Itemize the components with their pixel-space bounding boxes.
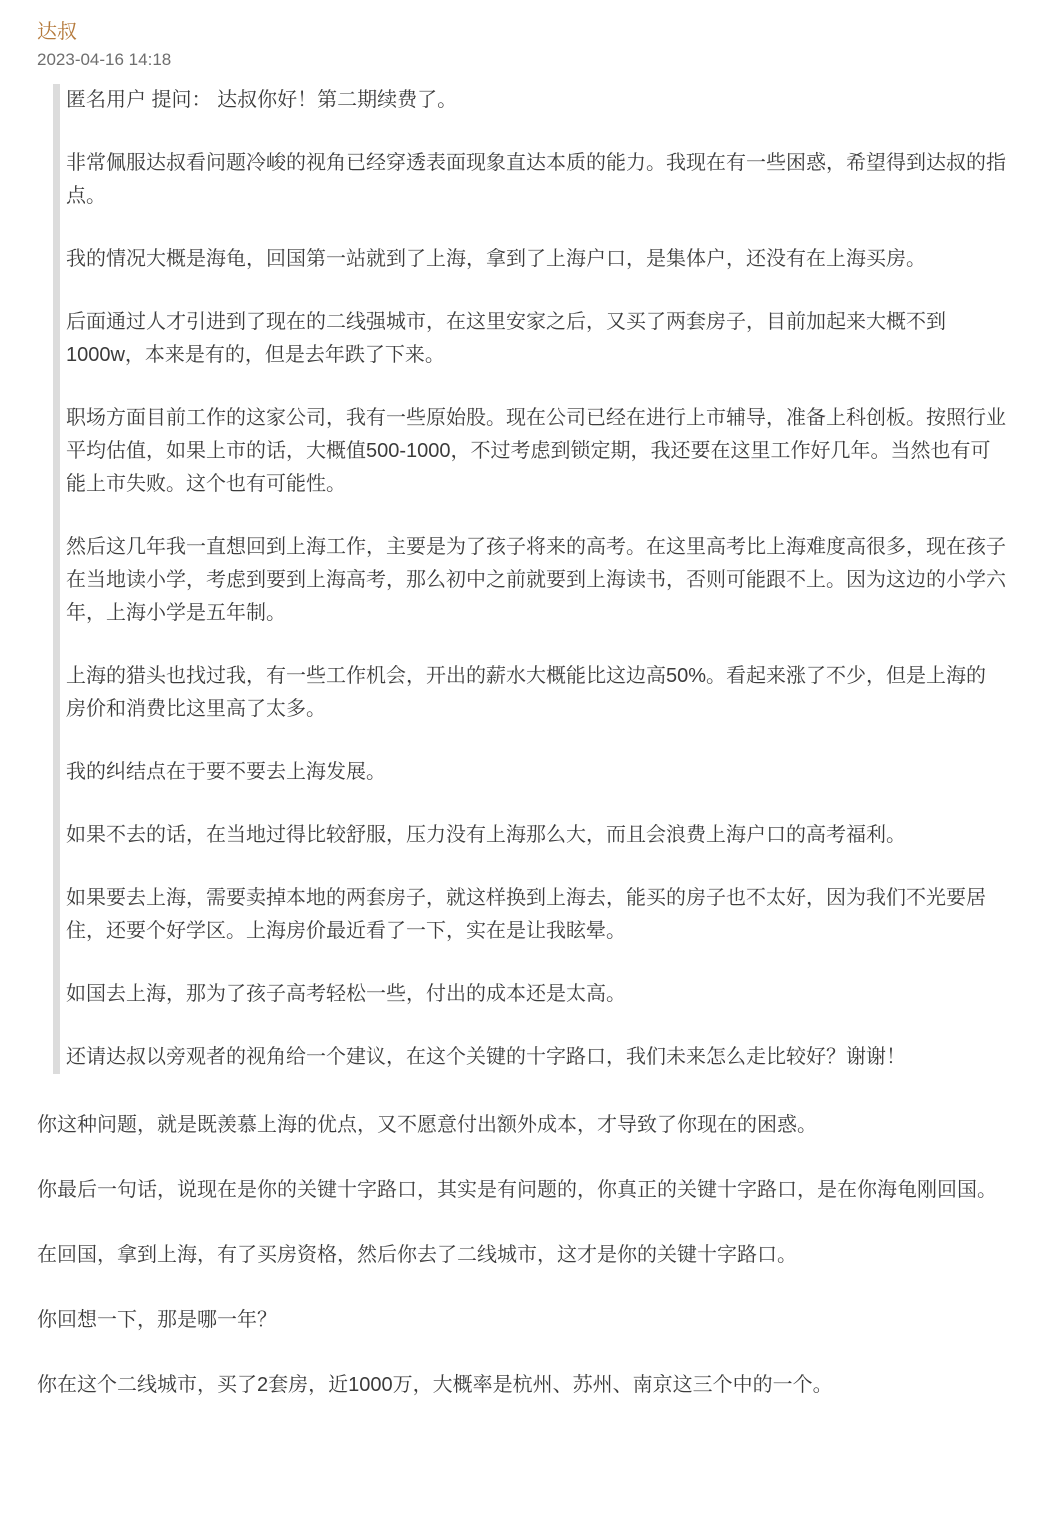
- answer-body: 你这种问题，就是既羡慕上海的优点，又不愿意付出额外成本，才导致了你现在的困惑。 …: [37, 1109, 1006, 1402]
- author-name[interactable]: 达叔: [37, 20, 77, 44]
- post-header: 达叔 2023-04-16 14:18: [37, 20, 1006, 71]
- post-page: 达叔 2023-04-16 14:18 匿名用户 提问： 达叔你好！第二期续费了…: [0, 0, 1040, 1535]
- question-paragraph: 上海的猎头也找过我，有一些工作机会，开出的薪水大概能比这边高50%。看起来涨了不…: [66, 660, 1006, 726]
- answer-paragraph: 你这种问题，就是既羡慕上海的优点，又不愿意付出额外成本，才导致了你现在的困惑。: [37, 1109, 1006, 1142]
- answer-paragraph: 你最后一句话，说现在是你的关键十字路口，其实是有问题的，你真正的关键十字路口，是…: [37, 1174, 1006, 1207]
- question-paragraph: 职场方面目前工作的这家公司，我有一些原始股。现在公司已经在进行上市辅导，准备上科…: [66, 402, 1006, 501]
- question-paragraph: 如果要去上海，需要卖掉本地的两套房子，就这样换到上海去，能买的房子也不太好，因为…: [66, 882, 1006, 948]
- answer-paragraph: 你在这个二线城市，买了2套房，近1000万，大概率是杭州、苏州、南京这三个中的一…: [37, 1369, 1006, 1402]
- question-paragraph: 匿名用户 提问： 达叔你好！第二期续费了。: [66, 84, 1006, 117]
- answer-paragraph: 在回国，拿到上海，有了买房资格，然后你去了二线城市，这才是你的关键十字路口。: [37, 1239, 1006, 1272]
- question-paragraph: 我的纠结点在于要不要去上海发展。: [66, 756, 1006, 789]
- question-paragraph: 还请达叔以旁观者的视角给一个建议，在这个关键的十字路口，我们未来怎么走比较好？谢…: [66, 1041, 1006, 1074]
- question-paragraph: 非常佩服达叔看问题冷峻的视角已经穿透表面现象直达本质的能力。我现在有一些困惑，希…: [66, 147, 1006, 213]
- quoted-question-block: 匿名用户 提问： 达叔你好！第二期续费了。 非常佩服达叔看问题冷峻的视角已经穿透…: [53, 84, 1006, 1074]
- post-timestamp: 2023-04-16 14:18: [37, 49, 1006, 71]
- question-paragraph: 我的情况大概是海龟，回国第一站就到了上海，拿到了上海户口，是集体户，还没有在上海…: [66, 243, 1006, 276]
- question-paragraph: 后面通过人才引进到了现在的二线强城市，在这里安家之后，又买了两套房子，目前加起来…: [66, 306, 1006, 372]
- question-paragraph: 如果不去的话，在当地过得比较舒服，压力没有上海那么大，而且会浪费上海户口的高考福…: [66, 819, 1006, 852]
- answer-paragraph: 你回想一下，那是哪一年？: [37, 1304, 1006, 1337]
- question-paragraph: 然后这几年我一直想回到上海工作，主要是为了孩子将来的高考。在这里高考比上海难度高…: [66, 531, 1006, 630]
- question-paragraph: 如国去上海，那为了孩子高考轻松一些，付出的成本还是太高。: [66, 978, 1006, 1011]
